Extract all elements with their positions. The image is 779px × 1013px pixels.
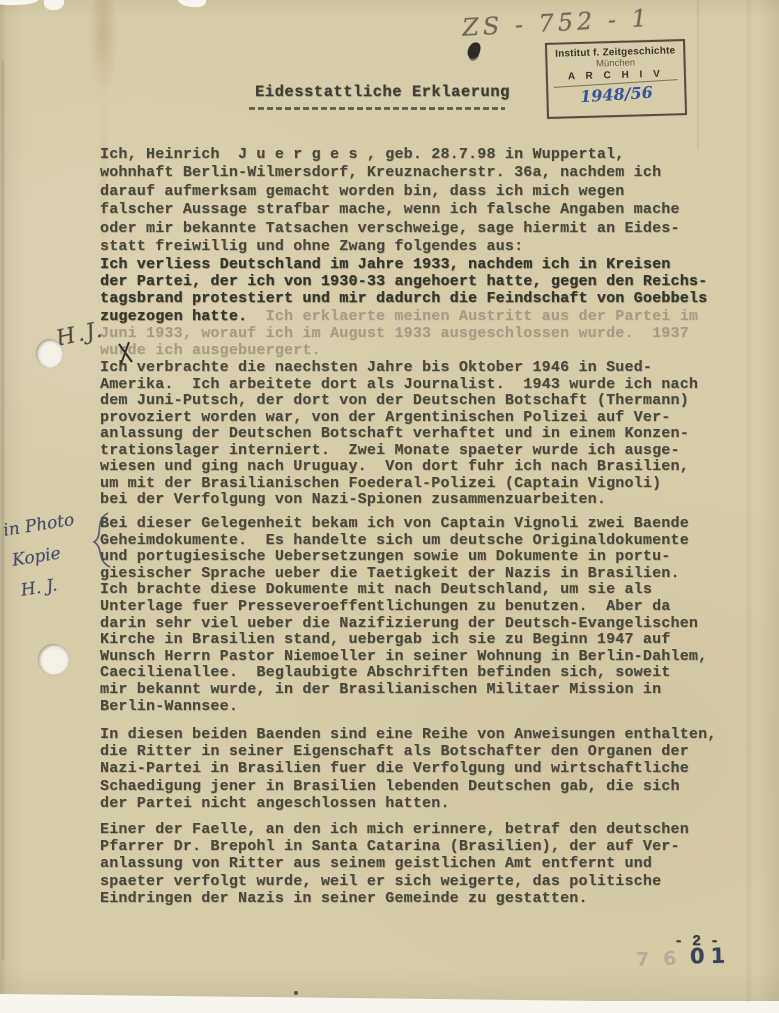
stamp-signature-number: 1948/56	[554, 79, 679, 108]
typed-line: In diesen beiden Baenden sind eine Reihe…	[100, 726, 717, 743]
paragraph-ritter-instructions: In diesen beiden Baenden sind eine Reihe…	[100, 726, 717, 812]
typed-line: Juni 1933, worauf ich im August 1933 aus…	[100, 325, 707, 342]
document-title: Eidesstattliche Erklaerung	[255, 83, 510, 101]
paper-crease	[2, 60, 4, 960]
typed-line: um mit der Brasilianischen Foederal-Poli…	[100, 476, 698, 493]
paragraph-south-america: Ich verbrachte die naechsten Jahre bis O…	[100, 360, 698, 509]
typed-line: provoziert worden war, von der Argentini…	[100, 410, 698, 427]
typed-line: darin sehr viel ueber die Nazifizierung …	[100, 616, 707, 633]
typed-line: spaeter verfolgt wurde, weil er sich wei…	[100, 873, 689, 890]
title-underline	[249, 107, 505, 110]
typed-line: und portugiesische Uebersetzungen sowie …	[100, 549, 707, 566]
punch-hole	[38, 644, 69, 675]
typed-line: mir bekannt wurde, in der Brasilianische…	[100, 682, 707, 699]
typed-line: Unterlage fuer Presseveroeffentlichungen…	[100, 599, 707, 616]
typed-line: anlassung von Ritter aus seinem geistlic…	[100, 855, 689, 872]
typed-line: wurde ich ausgebuergert.	[100, 342, 707, 359]
typed-line: wiesen und ging nach Uruguay. Von dort f…	[100, 459, 698, 476]
typed-line: darauf aufmerksam gemacht worden bin, da…	[100, 183, 680, 201]
typed-line: Pfarrer Dr. Brepohl in Santa Catarina (B…	[100, 838, 689, 855]
typed-line: dem Juni-Putsch, der dort von der Deutsc…	[100, 393, 698, 410]
ink-speck	[294, 991, 298, 995]
typed-line: Ich brachte diese Dokumente mit nach Deu…	[100, 582, 707, 599]
typed-line: Berlin-Wannsee.	[100, 699, 707, 716]
document-page: ZS - 752 - 1 Institut f. Zeitgeschichte …	[0, 0, 779, 1001]
ink-blot	[466, 41, 482, 60]
typed-line: zugezogen hatte. Ich erklaerte meinen Au…	[100, 308, 707, 325]
correction-x-mark	[116, 341, 136, 365]
typed-segment: zugezogen hatte.	[100, 308, 266, 325]
typed-line: Kirche in Brasilien stand, uebergab ich …	[100, 632, 707, 649]
typed-line: giesischer Sprache ueber die Taetigkeit …	[100, 566, 707, 583]
typed-line: Amerika. Ich arbeitete dort als Journali…	[100, 377, 698, 394]
archive-stamp: Institut f. Zeitgeschichte München A R C…	[545, 39, 687, 119]
stamp-number: 01	[690, 944, 732, 969]
typed-line: trationslager interniert. Zwei Monate sp…	[100, 443, 698, 460]
paper-crease	[747, 0, 750, 1013]
typed-line: Bei dieser Gelegenheit bekam ich von Cap…	[100, 516, 707, 533]
typed-line: der Partei nicht angeschlossen hatten.	[100, 795, 717, 812]
typed-line: Einer der Faelle, an den ich mich erinne…	[100, 821, 689, 838]
typed-line: Geheimdokumente. Es handelte sich um deu…	[100, 533, 707, 550]
margin-brace	[86, 510, 114, 570]
paragraph-identification: Ich, Heinrich J u e r g e s , geb. 28.7.…	[100, 146, 680, 256]
typed-line: oder mir bekannte Tatsachen verschweige,…	[100, 220, 680, 238]
typed-segment: Ich erklaerte meinen Austritt aus der Pa…	[266, 308, 698, 325]
typed-line: falscher Aussage strafbar mache, wenn ic…	[100, 201, 680, 219]
paper-crease	[697, 0, 699, 150]
paragraph-leaving-germany: Ich verliess Deutschland im Jahre 1933, …	[100, 256, 707, 359]
typed-line: anlassung der Deutschen Botschaft verhaf…	[100, 426, 698, 443]
paragraph-brepohl-case: Einer der Faelle, an den ich mich erinne…	[100, 821, 689, 907]
typed-line: statt freiwillig und ohne Zwang folgende…	[100, 238, 680, 256]
typed-line: der Partei, der ich von 1930-33 angehoer…	[100, 273, 707, 290]
archive-reference-handwritten: ZS - 752 - 1	[461, 2, 682, 41]
typed-line: Caecilienallee. Beglaubigte Abschriften …	[100, 665, 707, 682]
typed-line: Eindringen der Nazis in seiner Gemeinde …	[100, 890, 689, 907]
typed-line: bei der Verfolgung von Nazi-Spionen zusa…	[100, 492, 698, 509]
typed-line: tagsbrand protestiert und mir dadurch di…	[100, 290, 707, 307]
faint-stamp-number: 76	[636, 947, 691, 971]
typed-line: Ich, Heinrich J u e r g e s , geb. 28.7.…	[100, 146, 680, 164]
paragraph-secret-documents: Bei dieser Gelegenheit bekam ich von Cap…	[100, 516, 707, 715]
typed-line: Ich verliess Deutschland im Jahre 1933, …	[100, 256, 707, 273]
paper-stain	[88, 0, 118, 98]
punch-hole	[36, 339, 63, 368]
typed-line: Wunsch Herrn Pastor Niemoeller in seiner…	[100, 649, 707, 666]
typed-line: wohnhaft Berlin-Wilmersdorf, Kreuznacher…	[100, 164, 680, 182]
typed-line: Ich verbrachte die naechsten Jahre bis O…	[100, 360, 698, 377]
margin-note-photocopy: in Photo Kopie H. J.	[1, 505, 86, 608]
typed-line: die Ritter in seiner Eigenschaft als Bot…	[100, 743, 717, 760]
typed-line: Schaedigung jener in Brasilien lebenden …	[100, 778, 717, 795]
typed-line: Nazi-Partei in Brasilien fuer die Verfol…	[100, 760, 717, 777]
scanned-document: ZS - 752 - 1 Institut f. Zeitgeschichte …	[0, 0, 779, 1013]
